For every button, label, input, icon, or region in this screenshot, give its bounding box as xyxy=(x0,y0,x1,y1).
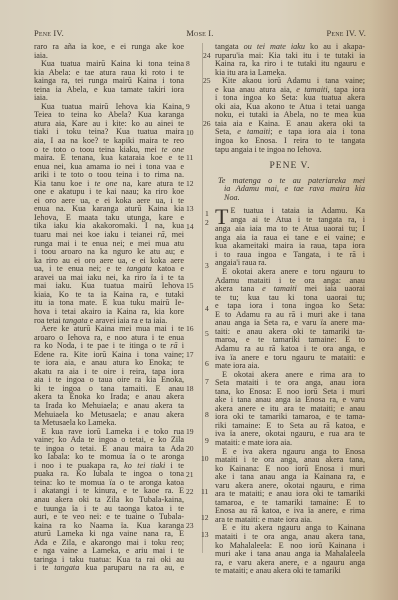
text-line: o te toto o toou teina kiaku, mei te one xyxy=(34,146,184,155)
verse-number: 9 xyxy=(186,103,190,112)
left-text-column: raro ra aña ia koe, e ei runga ake koeia… xyxy=(34,43,184,573)
text-line: teina: ko te momua ïa o te aronga katoa xyxy=(34,479,184,488)
verse-number: 4 xyxy=(205,305,209,314)
text-line: Kia tanu koe i te one na, kare atura te xyxy=(34,180,184,189)
text-line: kua akameitaki maira ia raua, tapa iora xyxy=(215,242,365,251)
verse-number: 14 xyxy=(186,223,194,232)
text-line: Kaina ra, ka riro i te tutaki itu ngauru… xyxy=(215,60,365,69)
text-line: runga mai i te enua nei; e mei mua atu xyxy=(34,240,184,249)
verse-number: 23 xyxy=(186,522,194,531)
text-line: Adamu mataiti i te ora anga: anau xyxy=(215,277,365,286)
scanned-bible-page: Pene IV. Mose I. Pene IV. V. raro ra aña… xyxy=(0,0,398,600)
text-line: te tu; kua tau ki tona uaorai tu; xyxy=(215,294,365,303)
text-line: Te matenga o te au pateriareka mei xyxy=(218,177,365,186)
text-line: vaine; ko Ada te ingoa o tetai, e ko Zil… xyxy=(34,436,184,445)
text-line: Enosa au rā katoa, e iva ïa anere, e rim… xyxy=(215,507,365,516)
text-line: maroa, e te tamariki tamaine: E to xyxy=(215,336,365,345)
text-line: Adamu ra au rā katoa i te ora anga, e xyxy=(215,345,365,354)
text-line: mai iaku. Kua tuatua mairū Iehova xyxy=(34,282,184,291)
verse-number: 16 xyxy=(186,325,194,334)
running-head: Pene IV. Mose I. Pene IV. V. xyxy=(34,29,366,41)
text-line: taiti: e anau akera oki te tamariki ta- xyxy=(215,328,365,337)
text-line: tapu angaia i te ingoa no Iehova. xyxy=(215,146,365,155)
text-line: noku, ei tutaki ia Abela, no te mea kua xyxy=(215,111,365,120)
chapter-summary: Te matenga o te au pateriareka meiia Ada… xyxy=(215,177,365,203)
running-head-right: Pene IV. V. xyxy=(327,29,366,38)
text-line: aravei ua mai iaku nei, ka riro ïa i te … xyxy=(34,274,184,283)
text-line: Ada e Zila, e akarongo mai i toku reo; xyxy=(34,539,184,548)
verse-number: 6 xyxy=(205,360,209,369)
text-line: ara te mataiti: e mate iora aia. xyxy=(215,516,365,525)
verse-number: 10 xyxy=(201,455,209,464)
text-line: mataiti: e mate iora aia. xyxy=(215,439,365,448)
text-line: aia i te ingoa o taua oire ra kia Enoka, xyxy=(34,376,184,385)
text-line: ta Metusaela ko Lameka. xyxy=(34,419,184,428)
text-line: i to raua ingoa e Tangata, i te rā i xyxy=(215,251,365,260)
text-line: aia, I aa na koe? te kapiki maira te reo xyxy=(34,137,184,146)
text-line: enua na. Kua karanga aturū Kaina kia xyxy=(34,205,184,214)
chapter-heading: PENE V. xyxy=(215,162,365,171)
text-line: riki tamaine: E to Seta au rā katoa, e xyxy=(215,422,365,431)
running-head-book: Mose I. xyxy=(186,29,213,38)
text-line: aroaro o Iehova ra, e noo atura i te enu… xyxy=(34,334,184,343)
verse-number: 10 xyxy=(186,129,194,138)
verse-number: 26 xyxy=(203,120,211,129)
text-line: ko Mahalaleela: E noo iorū Kainana i xyxy=(215,542,365,551)
text-line: i tona ingoa ko Seta: kua tuatua akera xyxy=(215,94,365,103)
text-line: ake i tana anau anga ia Enosa ra, e varu xyxy=(215,396,365,405)
text-line: raro ra aña ia koe, e ei runga ake koe xyxy=(34,43,184,52)
text-line: i toou aroaro na ka nguro ke atu au; e xyxy=(34,248,184,257)
text-line: ariki i te toto o toou teina i to rima n… xyxy=(34,171,184,180)
text-line: kaina ra ko Naama ïa. Kua karanga xyxy=(34,522,184,531)
text-line: enua nei, kua amama io nei i tona vaa e xyxy=(34,163,184,172)
text-line: Noa. xyxy=(218,194,365,203)
text-line: ra ko Noda, i te pae i te itinga o te rā… xyxy=(34,342,184,351)
text-line: ta Irada ko Mehuiaela; e anau akera ta xyxy=(34,402,184,411)
verse-number: 13 xyxy=(186,205,194,214)
text-line: E e iva akera ngauru anga to Enosa xyxy=(215,448,365,457)
text-line: oki aia, Kua akono te Atua i tetai uanga xyxy=(215,103,365,112)
text-line: Kua tuatua mairū Iehova kia Kaina, xyxy=(34,103,184,112)
text-line: te iora aia, e anau atura ko Enoka; te xyxy=(34,359,184,368)
verse-number: 5 xyxy=(205,330,209,339)
text-line: E e itu akera ngauru anga to Kainana xyxy=(215,524,365,533)
verse-number: 15 xyxy=(186,282,194,291)
text-line: ara te mataiti; e anau iora oki te tamar… xyxy=(215,490,365,499)
text-line: i noo i te puakapa ra, ko tei tiaki i te xyxy=(34,462,184,471)
text-line: taringa i taku tuatua: Kua ta rai oki au xyxy=(34,556,184,565)
text-line: puaka ra. Ko Iubala te ingoa o tona xyxy=(34,470,184,479)
text-line: teina ia Abela, e kua tamate takiri iora xyxy=(34,86,184,95)
text-line: ia Adamu mai, e tae rava maira kia xyxy=(218,185,365,194)
right-text-column: tangata ou tei mate iaku ko au i akapa-r… xyxy=(215,43,365,576)
chapter-4-continuation: tangata ou tei mate iaku ko au i akapa-r… xyxy=(215,43,365,154)
chapter-5-text: T E tuatua i tataia ia Adamu. Kaanga ai … xyxy=(215,207,365,575)
verse-number: 13 xyxy=(201,531,209,540)
text-line: E kua rave iorū Lameka i e toko rua xyxy=(34,428,184,437)
verse-number: 22 xyxy=(186,488,194,497)
drop-cap: T xyxy=(215,208,228,225)
text-line: anga aia iaia ma to te Atua uaorai tu; I xyxy=(215,225,365,234)
text-line: tangata ou tei mate iaku ko au i akapa- xyxy=(215,43,365,52)
text-line: iva ïa anere e toru ngauru te mataiti: e xyxy=(215,354,365,363)
text-line: auri, e te veo nei: e te tuaine o Tubala… xyxy=(34,513,184,522)
text-line: akera ta Enoka ko Irada; e anau akera xyxy=(34,393,184,402)
text-line: mataiti i te ora anga, anau akera tana, xyxy=(215,456,365,465)
verse-number: 12 xyxy=(201,514,209,523)
running-head-left: Pene IV. xyxy=(34,29,64,38)
verse-number: 24 xyxy=(203,52,211,61)
text-line: anga aia ia raua ei tane e ei vaine; e xyxy=(215,234,365,243)
text-line: aturū Lameka ki nga vaine nana ra, E xyxy=(34,530,184,539)
text-line: ra, e varu akera anere, e a ngauru anga xyxy=(215,559,365,568)
text-line: ake i tana anau anga ia Kainana ra, e xyxy=(215,473,365,482)
text-line: muri ake i tana anau anga ia Mahalaleela xyxy=(215,550,365,559)
text-line: tana, ko Enosa: E noo iorū Seta i muri xyxy=(215,388,365,397)
verse-number: 2 xyxy=(205,219,209,228)
text-line: tiaki i toku teina? Kua tuatua maira xyxy=(34,128,184,137)
text-line: mataiti i te ora anga, anau akera tana, xyxy=(215,533,365,542)
text-line: te mataiti; e anau akera oki te tamariki xyxy=(215,567,365,576)
verse-number: 17 xyxy=(186,351,194,360)
verse-number: 11 xyxy=(201,488,208,497)
text-line: tuaru mai nei koe iaku i teianei rā, mei xyxy=(34,231,184,240)
text-line: atura aia, Kare au i kite: ko au ainei t… xyxy=(34,120,184,129)
text-line: Iehova, E maata taku utunga, kare e xyxy=(34,214,184,223)
text-line: iva ïa anere, okotai ngauru, e rua ara t… xyxy=(215,430,365,439)
verse-number: 12 xyxy=(186,180,194,189)
text-line: akatu ra aia i te oire i reira, tapa ior… xyxy=(34,368,184,377)
text-line: ei oro aere ua, e ei koka aere ua, i te xyxy=(34,197,184,206)
verse-number: 7 xyxy=(205,378,209,387)
text-line: varu akera anere, okotai ngauru, e rima xyxy=(215,482,365,491)
text-line: roa tetai tangata e aravei iaia ra e ta … xyxy=(34,317,184,326)
text-line: akera tana e tamaiti mei iaia uaorai xyxy=(215,285,365,294)
text-line: iaia. xyxy=(34,94,184,103)
text-line: kia Abela: e tae atura raua ki roto i te xyxy=(34,69,184,78)
verse-number: 8 xyxy=(205,411,209,420)
text-line: tamaroa, e te tamariki tamaine: E to xyxy=(215,499,365,508)
text-line: i te tangata kua paruparu na ra au, e xyxy=(34,564,184,573)
text-line: e tapa iora i tona ingoa ko Seta: xyxy=(215,302,365,311)
text-line: Seta mataiti i te ora anga, anau iora xyxy=(215,379,365,388)
text-line: itu ia tona mate. E kua tuku mairū Ie- xyxy=(34,299,184,308)
text-line: E okotai akera anere e rima ara to xyxy=(215,371,365,380)
verse-number: 19 xyxy=(186,428,194,437)
text-line: e tuunga ïa i te au taonga katoa i te xyxy=(34,505,184,514)
text-line: E tuatua i tataia ia Adamu. Ka xyxy=(230,207,365,216)
text-line: one e akatupu i te kai naau; ka riro koe xyxy=(34,188,184,197)
verse-number: 3 xyxy=(205,262,209,271)
text-line: hova i tetai akairo ia Kaina ra, kia kor… xyxy=(34,308,184,317)
text-line: kiaia, Ko te ta ia Kaina ra, e tutaki xyxy=(34,291,184,300)
verse-number: 9 xyxy=(205,437,209,446)
text-line: Seta, e tamaiti; e tapa iora aia i tona xyxy=(215,128,365,137)
text-line: ki te ingoa o tana tamaiti. E anau xyxy=(34,385,184,394)
text-line: ko Iabala: ko te momua ïa o te aronga xyxy=(34,453,184,462)
text-line: iora oki te tamariki tamaroa, e te tama- xyxy=(215,413,365,422)
text-line: e kua anau atura aia, e tamaiti, tapa io… xyxy=(215,86,365,95)
text-line: ruparu'ia mai: Kia taki itu i te tutaki … xyxy=(215,52,365,61)
verse-number: 18 xyxy=(186,385,194,394)
text-line: Edene ra. Kite iorū Kaina i tona vaine; xyxy=(34,351,184,360)
text-line: E okotai akera anere e toru ngauru to xyxy=(215,268,365,277)
verse-number: 8 xyxy=(186,60,190,69)
text-line: kainga ra, tei runga mairū Kaina i tona xyxy=(34,77,184,86)
text-line: ingoa ko Enosa. I reira to te tangata xyxy=(215,137,365,146)
text-line: Kite akaou iorū Adamu i tana vaine; xyxy=(215,77,365,86)
text-line: iaia. xyxy=(34,52,184,61)
verse-number: 20 xyxy=(186,445,194,454)
text-line: tika iaku kia akakoromaki. I na, kua xyxy=(34,222,184,231)
text-line: mate iora aia. xyxy=(215,362,365,371)
text-line: ua, i te enua nei; e te tangata katoa e xyxy=(34,265,184,274)
text-line: Aere ke aturū Kaina mei mua mai i te xyxy=(34,325,184,334)
text-line: ko Kainana: E noo iorū Enosa i muri xyxy=(215,465,365,474)
text-line: ka riro au ei oro aere ua, e ei koka aer… xyxy=(34,257,184,266)
text-line: maira. E tenana, kua katarai̇a koe e te xyxy=(34,154,184,163)
text-line: anau anga ia Seta ra, e varu ïa anere ma… xyxy=(215,319,365,328)
text-line: Teiea to teina ko Abela? Kua karanga xyxy=(34,111,184,120)
text-line: taia aia e Kaina. E anau akera oki ta xyxy=(215,120,365,129)
text-line: anau akera oki ta Zila ko Tubala-kaina, xyxy=(34,496,184,505)
text-line: e nga vaine a Lameka, e ariu mai i te xyxy=(34,547,184,556)
text-line: Mehuiaela ko Metusaela; e anau akera xyxy=(34,411,184,420)
text-line: akera anere e itu ara te mataiti; e anau xyxy=(215,405,365,414)
text-line: Kua tuatua mairū Kaina ki tona teina xyxy=(34,60,184,69)
text-line: E to Adamu ra au rā i muri ake i tana xyxy=(215,311,365,320)
verse-number: 25 xyxy=(203,77,211,86)
text-line: te ingoa o tetai. E anau maira ta Ada xyxy=(34,445,184,454)
text-line: angaia'i raua ra. xyxy=(215,259,365,268)
text-line: i akatangi i te kinura, e te kaoe ra. E xyxy=(34,487,184,496)
verse-number: 11 xyxy=(186,154,193,163)
verse-number: 21 xyxy=(186,471,194,480)
text-line: anga ai te Atua i te tangata ra, i xyxy=(230,216,365,225)
text-line: kia itu ara ia Lameka. xyxy=(215,69,365,78)
